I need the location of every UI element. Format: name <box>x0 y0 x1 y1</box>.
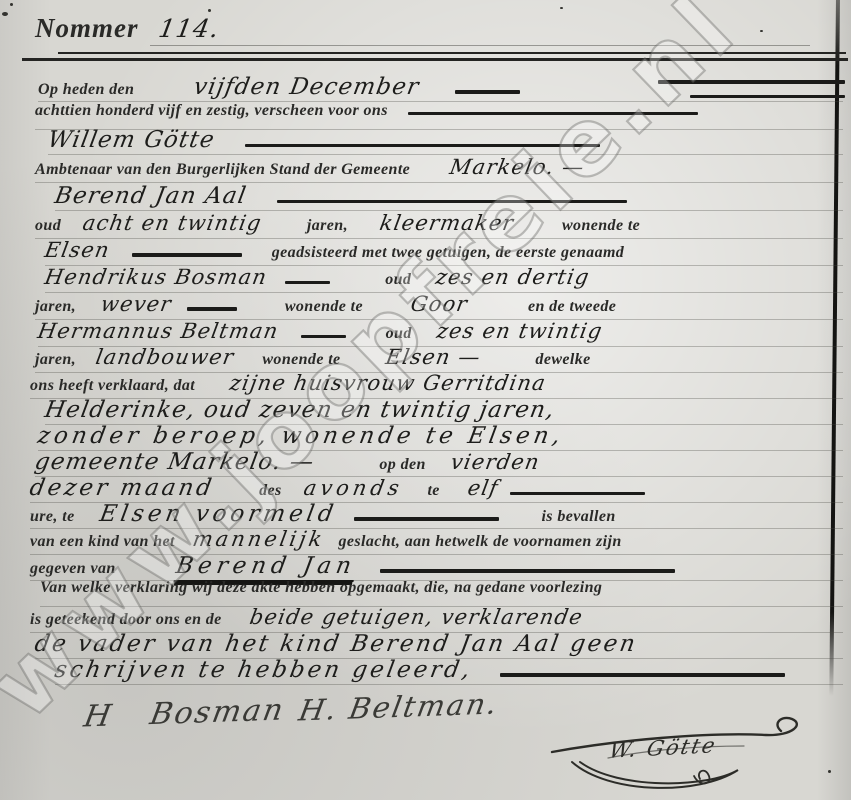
printed-op-den: op den <box>379 456 425 474</box>
filler-dash <box>187 307 237 311</box>
filler-dash <box>245 144 600 147</box>
scan-speckle <box>760 30 763 32</box>
akte-line: gemeente Markelo. — op den vierden <box>35 449 843 477</box>
ruled-line <box>150 45 810 46</box>
printed-getuigen-phrase: geadsisteerd met twee getuigen, de eerst… <box>272 244 624 262</box>
hw-witness1-name: Hendrikus Bosman <box>43 265 269 289</box>
akte-line: zonder beroep, wonende te Elsen, <box>38 423 843 451</box>
witness1-signature: H Bosman <box>81 693 287 735</box>
hw-declarant-name: Berend Jan Aal <box>53 183 249 209</box>
akte-line: van een kind van het mannelijk geslacht,… <box>30 527 843 555</box>
akte-line: ure, te Elsen voormeld is bevallen <box>30 501 843 529</box>
printed-is-bevallen: is bevallen <box>541 508 615 526</box>
registrar-signature: W. Götte <box>548 710 818 800</box>
filler-dash <box>354 517 499 521</box>
printed-verklaard-phrase: ons heeft verklaard, dat <box>30 377 195 395</box>
scan-speckle <box>560 7 563 9</box>
printed-des: des <box>259 482 282 500</box>
akte-line: de vader van het kind Berend Jan Aal gee… <box>35 631 843 659</box>
hw-witness1-residence: Goor <box>409 292 470 316</box>
filler-dash <box>301 335 346 338</box>
hw-mother-details: Helderinke, oud zeven en twintig jaren, <box>43 397 557 423</box>
hw-declarant-age: acht en twintig <box>81 211 264 235</box>
scan-speckle <box>2 12 8 16</box>
filler-dash <box>500 673 785 677</box>
printed-jaren: jaren, <box>307 217 348 235</box>
printed-jaren: jaren, <box>35 298 76 316</box>
akte-line: Elsen geadsisteerd met twee getuigen, de… <box>45 238 843 266</box>
filler-dash <box>380 569 675 573</box>
scan-speckle <box>10 3 13 6</box>
akte-line: Willem Götte <box>48 127 843 155</box>
hw-declarant-residence: Elsen <box>43 238 112 262</box>
hw-declarant-occupation: kleermaker <box>378 211 516 235</box>
filler-dash <box>132 253 242 257</box>
printed-oud: oud <box>35 217 61 235</box>
printed-closing-phrase-1: Van welke verklaring wij deze akte hebbe… <box>40 579 602 597</box>
akte-line: ons heeft verklaard, dat zijne huisvrouw… <box>30 371 843 399</box>
hw-date: vijfden December <box>192 74 422 100</box>
akte-line: Hermannus Beltman oud zes en twintig <box>38 319 843 347</box>
akte-line: is geteekend door ons en de beide getuig… <box>30 605 843 633</box>
printed-jaren: jaren, <box>35 351 76 369</box>
hw-witness1-occupation: wever <box>99 292 174 316</box>
header-rule <box>22 58 848 61</box>
printed-op-heden-den: Op heden den <box>38 81 134 99</box>
akte-line: Berend Jan Aal <box>55 183 843 211</box>
witness2-signature: H. Beltman. <box>296 687 501 728</box>
printed-year-phrase: achttien honderd vijf en zestig, versche… <box>35 102 388 120</box>
hw-birth-hour: elf <box>466 476 501 500</box>
filler-dash <box>408 112 698 115</box>
printed-oud: oud <box>385 271 411 289</box>
hw-gemeente-name: Markelo. — <box>448 155 587 179</box>
akte-line: jaren, landbouwer wonende te Elsen — dew… <box>35 345 843 373</box>
filler-dash <box>285 281 330 284</box>
printed-ambtenaar-phrase: Ambtenaar van den Burgerlijken Stand der… <box>35 161 410 179</box>
hw-witness2-age: zes en twintig <box>435 319 605 343</box>
printed-en-de-tweede: en de tweede <box>528 298 616 316</box>
printed-kind-phrase: van een kind van het <box>30 533 175 551</box>
filler-dash <box>510 492 645 495</box>
akte-line: Hendrikus Bosman oud zes en dertig <box>45 265 843 293</box>
akte-line: oud acht en twintig jaren, kleermaker wo… <box>35 211 843 239</box>
printed-ure-te: ure, te <box>30 508 75 526</box>
hw-birth-place: Elsen voormeld <box>97 501 338 527</box>
hw-child-name: Berend Jan <box>173 553 358 582</box>
hw-gemeente-markelo: gemeente Markelo. — <box>33 449 317 475</box>
nommer-value: 114. <box>156 14 222 43</box>
hw-mother-residence: zonder beroep, wonende te Elsen, <box>36 423 566 449</box>
hw-witness1-age: zes en dertig <box>434 265 592 289</box>
hw-time-of-day: avonds <box>302 476 405 500</box>
hw-closing-father-cannot-write-2: schrijven te hebben geleerd, <box>53 657 475 683</box>
filler-dash <box>455 90 520 94</box>
hw-dezer-maand: dezer maand <box>28 475 217 501</box>
header-rule <box>58 52 846 54</box>
filler-dash <box>277 200 627 203</box>
printed-gegeven-van: gegeven van <box>30 560 116 578</box>
printed-dewelke: dewelke <box>535 351 590 369</box>
hw-witness2-name: Hermannus Beltman <box>36 319 281 343</box>
akte-line: Helderinke, oud zeven en twintig jaren, <box>45 397 843 425</box>
akte-line: achttien honderd vijf en zestig, versche… <box>35 102 843 130</box>
printed-wonende-te: wonende te <box>262 351 340 369</box>
document-scan: Nommer 114. Op heden den vijfden Decembe… <box>0 0 851 800</box>
hw-child-gender: mannelijk <box>191 527 327 551</box>
printed-closing-phrase-2: is geteekend door ons en de <box>30 611 222 629</box>
akte-line: Op heden den vijfden December <box>38 74 843 102</box>
scan-speckle <box>208 9 211 12</box>
akte-line: schrijven te hebben geleerd, <box>55 657 843 685</box>
printed-wonende-te: wonende te <box>285 298 363 316</box>
hw-closing-father-cannot-write-1: de vader van het kind Berend Jan Aal gee… <box>33 631 640 657</box>
akte-line: jaren, wever wonende te Goor en de tweed… <box>35 292 843 320</box>
akte-line: Ambtenaar van den Burgerlijken Stand der… <box>35 155 843 183</box>
printed-te: te <box>427 482 439 500</box>
nommer-label: Nommer <box>35 13 139 44</box>
akte-number: Nommer 114. <box>35 13 219 44</box>
hw-registrar-name: Willem Götte <box>46 127 217 153</box>
akte-line: dezer maand des avonds te elf <box>30 475 843 503</box>
hw-birth-day: vierden <box>449 450 542 474</box>
akte-line: Van welke verklaring wij deze akte hebbe… <box>40 579 843 607</box>
akte-line: gegeven van Berend Jan <box>30 553 843 581</box>
hw-mother-intro: zijne huisvrouw Gerritdina <box>228 371 548 395</box>
printed-geslacht-phrase: geslacht, aan hetwelk de voornamen zijn <box>338 533 621 551</box>
printed-wonende-te: wonende te <box>562 217 640 235</box>
hw-witness2-occupation: landbouwer <box>94 345 236 369</box>
hw-witness2-residence: Elsen — <box>383 345 482 369</box>
hw-closing-addition: beide getuigen, verklarende <box>248 605 585 629</box>
printed-oud: oud <box>386 325 412 343</box>
